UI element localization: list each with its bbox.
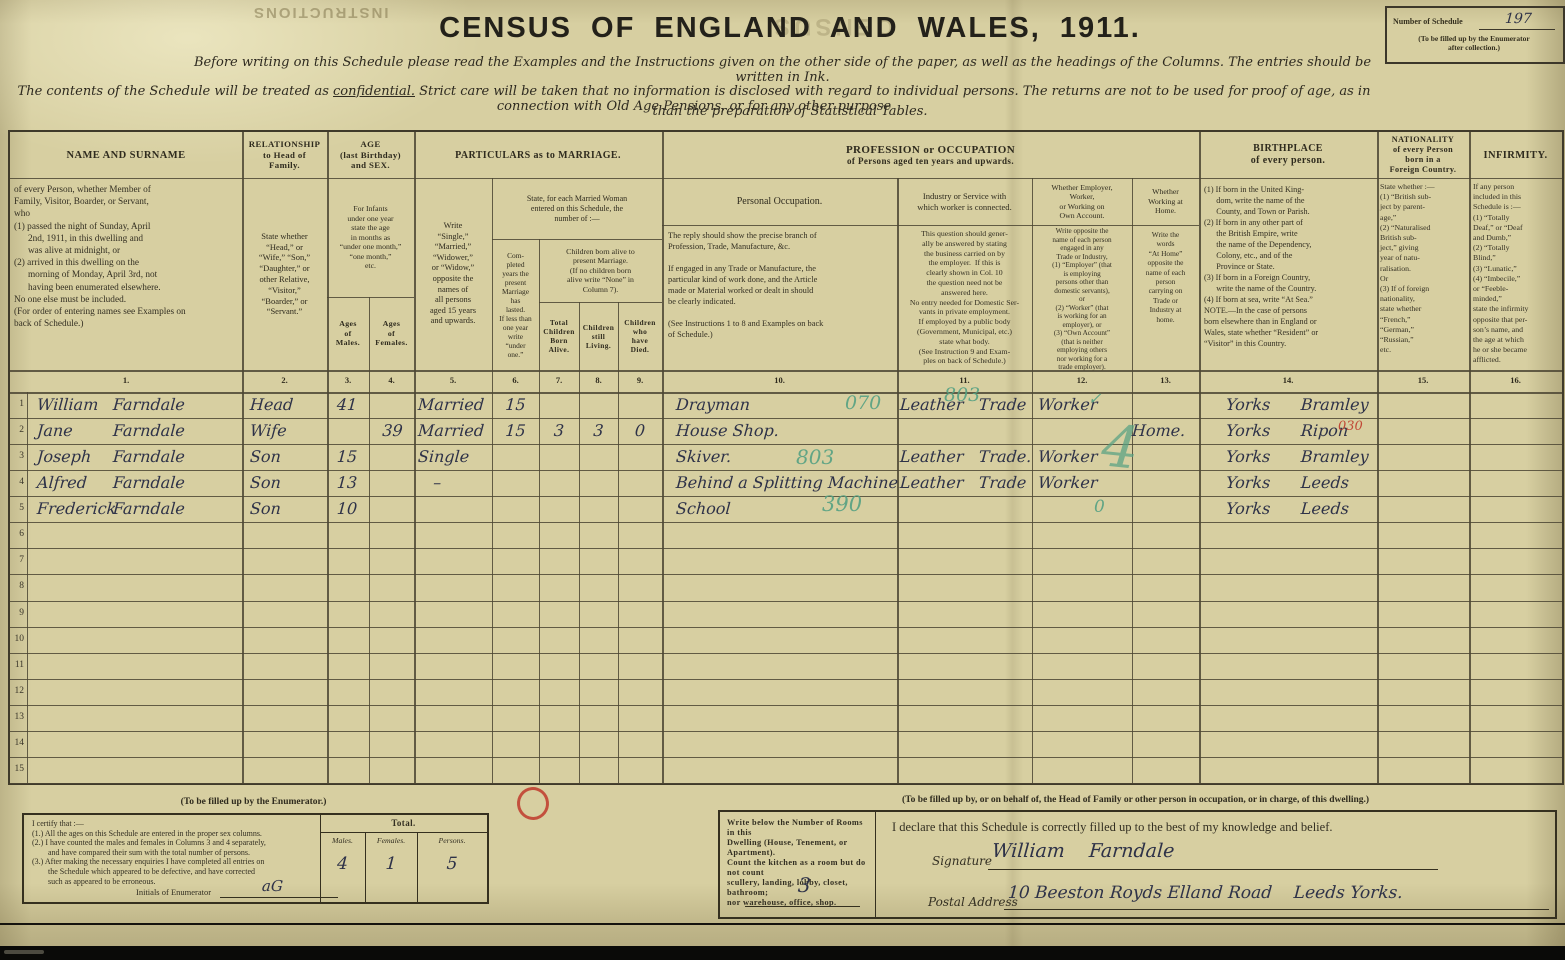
entry-birth: Yorks Leeds xyxy=(1225,498,1349,520)
row-number: 13 xyxy=(10,712,24,722)
schedule-number-note: (To be filled up by the Enumerator after… xyxy=(1391,34,1557,52)
row-line xyxy=(10,731,1562,732)
schedule-number-label: Number of Schedule xyxy=(1393,17,1463,26)
entry-birth: Yorks Ripon xyxy=(1225,420,1349,442)
enumerator-section-label: (To be filled up by the Enumerator.) xyxy=(22,797,485,807)
annotation-occ-code-row1: 070 xyxy=(845,394,881,413)
entry-marr: Married xyxy=(417,420,485,442)
entry-name_last: Farndale xyxy=(112,472,185,494)
declaration-box: Write below the Number of Rooms in this … xyxy=(718,810,1557,919)
signature-value: William Farndale xyxy=(991,840,1175,862)
column-number: 4. xyxy=(369,375,414,385)
census-table: NAME AND SURNAME of every Person, whethe… xyxy=(8,130,1564,785)
entry-marr: – xyxy=(417,472,442,494)
entry-years: 15 xyxy=(493,394,538,416)
row-line xyxy=(10,548,1562,549)
signature-label: Signature xyxy=(932,854,992,868)
row-number: 6 xyxy=(10,529,24,539)
postal-address-value: 10 Beeston Royds Elland Road Leeds Yorks… xyxy=(1007,882,1403,904)
column-number: 10. xyxy=(662,375,897,385)
row-line xyxy=(10,705,1562,706)
entry-living: 3 xyxy=(578,420,619,442)
enumerator-initials-value: aG xyxy=(261,875,283,897)
entry-occ: Drayman xyxy=(675,394,751,416)
entry-age_m: 13 xyxy=(326,472,368,494)
table-grid: 1.2.3.4.5.6.7.8.9.10.11.12.13.14.15.16.1… xyxy=(10,132,1562,783)
row-number: 14 xyxy=(10,738,24,748)
confidential-word: confidential. xyxy=(333,84,415,99)
entry-name_first: Joseph xyxy=(36,446,92,468)
grid-line xyxy=(662,225,1199,226)
entry-marr: Single xyxy=(417,446,470,468)
column-number: 2. xyxy=(242,375,327,385)
entry-name_last: Farndale xyxy=(112,498,185,520)
enumerator-initials-label: Initials of Enumerator xyxy=(136,887,211,897)
entry-rel: Son xyxy=(249,472,281,494)
entry-born: 3 xyxy=(538,420,580,442)
archive-reference-mark xyxy=(4,950,44,954)
row-number: 10 xyxy=(10,634,24,644)
totals-underline xyxy=(320,832,487,833)
entry-occ: Behind a Splitting Machine xyxy=(675,472,899,494)
grid-line xyxy=(10,178,1562,179)
males-total-value: 4 xyxy=(319,853,366,875)
entry-emp: Worker xyxy=(1037,472,1098,494)
entry-name_last: Farndale xyxy=(112,446,185,468)
females-label: Females. xyxy=(365,836,417,845)
schedule-number-value: 197 xyxy=(1504,8,1532,30)
entry-rel: Son xyxy=(249,446,281,468)
page-title: CENSUS OF ENGLAND AND WALES, 1911. xyxy=(390,12,1190,45)
row-number: 8 xyxy=(10,581,24,591)
entry-birth: Yorks Bramley xyxy=(1225,446,1369,468)
column-number: 13. xyxy=(1132,375,1199,385)
entry-name_last: Farndale xyxy=(112,394,185,416)
column-number: 15. xyxy=(1377,375,1469,385)
entry-ind: Leather Trade xyxy=(899,472,1027,494)
column-number: 3. xyxy=(327,375,369,385)
entry-occ: House Shop. xyxy=(675,420,779,442)
row-line xyxy=(10,757,1562,758)
entry-age_m: 41 xyxy=(326,394,368,416)
grid-line xyxy=(539,239,540,783)
row-number: 15 xyxy=(10,764,24,774)
grid-line xyxy=(327,297,414,298)
column-number: 12. xyxy=(1032,375,1132,385)
annotation-worker-zero-row5: 0 xyxy=(1094,499,1105,516)
row-line xyxy=(10,601,1562,602)
row-line xyxy=(10,653,1562,654)
grid-line xyxy=(10,370,1562,372)
row-line xyxy=(10,444,1562,445)
grid-line xyxy=(1377,132,1379,783)
entry-name_first: Jane xyxy=(36,420,73,442)
column-number: 7. xyxy=(539,375,579,385)
annotation-tally-rows-2-4: 4 xyxy=(1099,416,1142,478)
entry-rel: Son xyxy=(249,498,281,520)
column-number: 16. xyxy=(1469,375,1562,385)
ghost-instructions-text: INSTRUCTIONS xyxy=(252,4,389,21)
row-number: 2 xyxy=(10,425,24,435)
entry-occ: School xyxy=(675,498,731,520)
scan-edge-strip xyxy=(0,946,1565,960)
entry-died: 0 xyxy=(617,420,663,442)
annotation-worker-mark-row1: ✓ xyxy=(1088,391,1101,407)
entry-emp: Worker xyxy=(1037,446,1098,468)
persons-label: Persons. xyxy=(417,836,487,845)
enumerator-box: I certify that :— (1.) All the ages on t… xyxy=(22,813,489,904)
entry-age_f: 39 xyxy=(370,420,415,442)
rooms-line xyxy=(745,906,860,907)
entry-rel: Wife xyxy=(249,420,287,442)
row-line xyxy=(10,574,1562,575)
grid-line xyxy=(27,392,28,783)
grid-line xyxy=(1469,132,1471,783)
intro-instruction-line: Before writing on this Schedule please r… xyxy=(180,55,1385,85)
column-number: 6. xyxy=(492,375,539,385)
rooms-value: 3 xyxy=(797,874,811,896)
row-line xyxy=(10,783,1562,784)
row-number: 7 xyxy=(10,555,24,565)
grid-line xyxy=(492,178,493,783)
annotation-ind-code-row1: 803 xyxy=(944,386,980,405)
grid-line xyxy=(414,132,416,783)
declaration-section-label: (To be filled up by, or on behalf of, th… xyxy=(718,795,1553,805)
entry-name_last: Farndale xyxy=(112,420,185,442)
declaration-statement: I declare that this Schedule is correctl… xyxy=(892,820,1547,835)
annotation-birthplace-code-row2: 030 xyxy=(1338,420,1363,433)
entry-name_first: Alfred xyxy=(36,472,87,494)
row-line xyxy=(10,679,1562,680)
census-schedule-scan: INSTRUCTIONS CENSUS CENSUS OF ENGLAND AN… xyxy=(0,0,1565,960)
postal-address-line xyxy=(1004,909,1549,910)
scan-edge-line xyxy=(0,923,1565,925)
row-number: 5 xyxy=(10,503,24,513)
males-label: Males. xyxy=(320,836,365,845)
confidential-line-pre: The contents of the Schedule will be tre… xyxy=(18,84,333,99)
annotation-school-code-row5: 390 xyxy=(822,494,862,515)
column-number: 8. xyxy=(579,375,618,385)
entry-age_m: 15 xyxy=(326,446,368,468)
declaration-divider xyxy=(875,812,876,917)
confidential-line-2: than the preparation of Statistical Tabl… xyxy=(390,104,1190,119)
entry-age_m: 10 xyxy=(326,498,368,520)
entry-name_first: Frederick xyxy=(36,498,117,520)
entry-years: 15 xyxy=(493,420,538,442)
totals-label: Total. xyxy=(320,818,487,828)
entry-birth: Yorks Bramley xyxy=(1225,394,1369,416)
row-line xyxy=(10,522,1562,523)
column-number: 14. xyxy=(1199,375,1377,385)
entry-rel: Head xyxy=(249,394,294,416)
signature-line xyxy=(988,869,1438,870)
entry-ind: Leather Trade. xyxy=(899,446,1032,468)
grid-line xyxy=(1199,132,1201,783)
grid-line xyxy=(242,132,244,783)
row-number: 11 xyxy=(10,660,24,670)
entry-name_first: William xyxy=(36,394,99,416)
grid-line xyxy=(539,302,662,303)
postal-address-label: Postal Address xyxy=(928,895,1018,909)
row-number: 1 xyxy=(10,399,24,409)
persons-total-value: 5 xyxy=(416,853,488,875)
entry-occ: Skiver. xyxy=(675,446,732,468)
column-number: 1. xyxy=(10,375,242,385)
column-number: 9. xyxy=(618,375,662,385)
row-number: 12 xyxy=(10,686,24,696)
red-check-circle xyxy=(515,785,550,821)
grid-line xyxy=(492,239,662,240)
annotation-occ-code-row3: 803 xyxy=(796,447,834,467)
schedule-number-box: Number of Schedule 197 (To be filled up … xyxy=(1385,6,1565,64)
row-number: 9 xyxy=(10,608,24,618)
row-line xyxy=(10,418,1562,419)
grid-line xyxy=(1032,178,1033,783)
row-line xyxy=(10,627,1562,628)
entry-birth: Yorks Leeds xyxy=(1225,472,1349,494)
row-number: 3 xyxy=(10,451,24,461)
grid-line xyxy=(662,132,664,783)
entry-marr: Married xyxy=(417,394,485,416)
row-number: 4 xyxy=(10,477,24,487)
column-number: 5. xyxy=(414,375,492,385)
females-total-value: 1 xyxy=(364,853,418,875)
